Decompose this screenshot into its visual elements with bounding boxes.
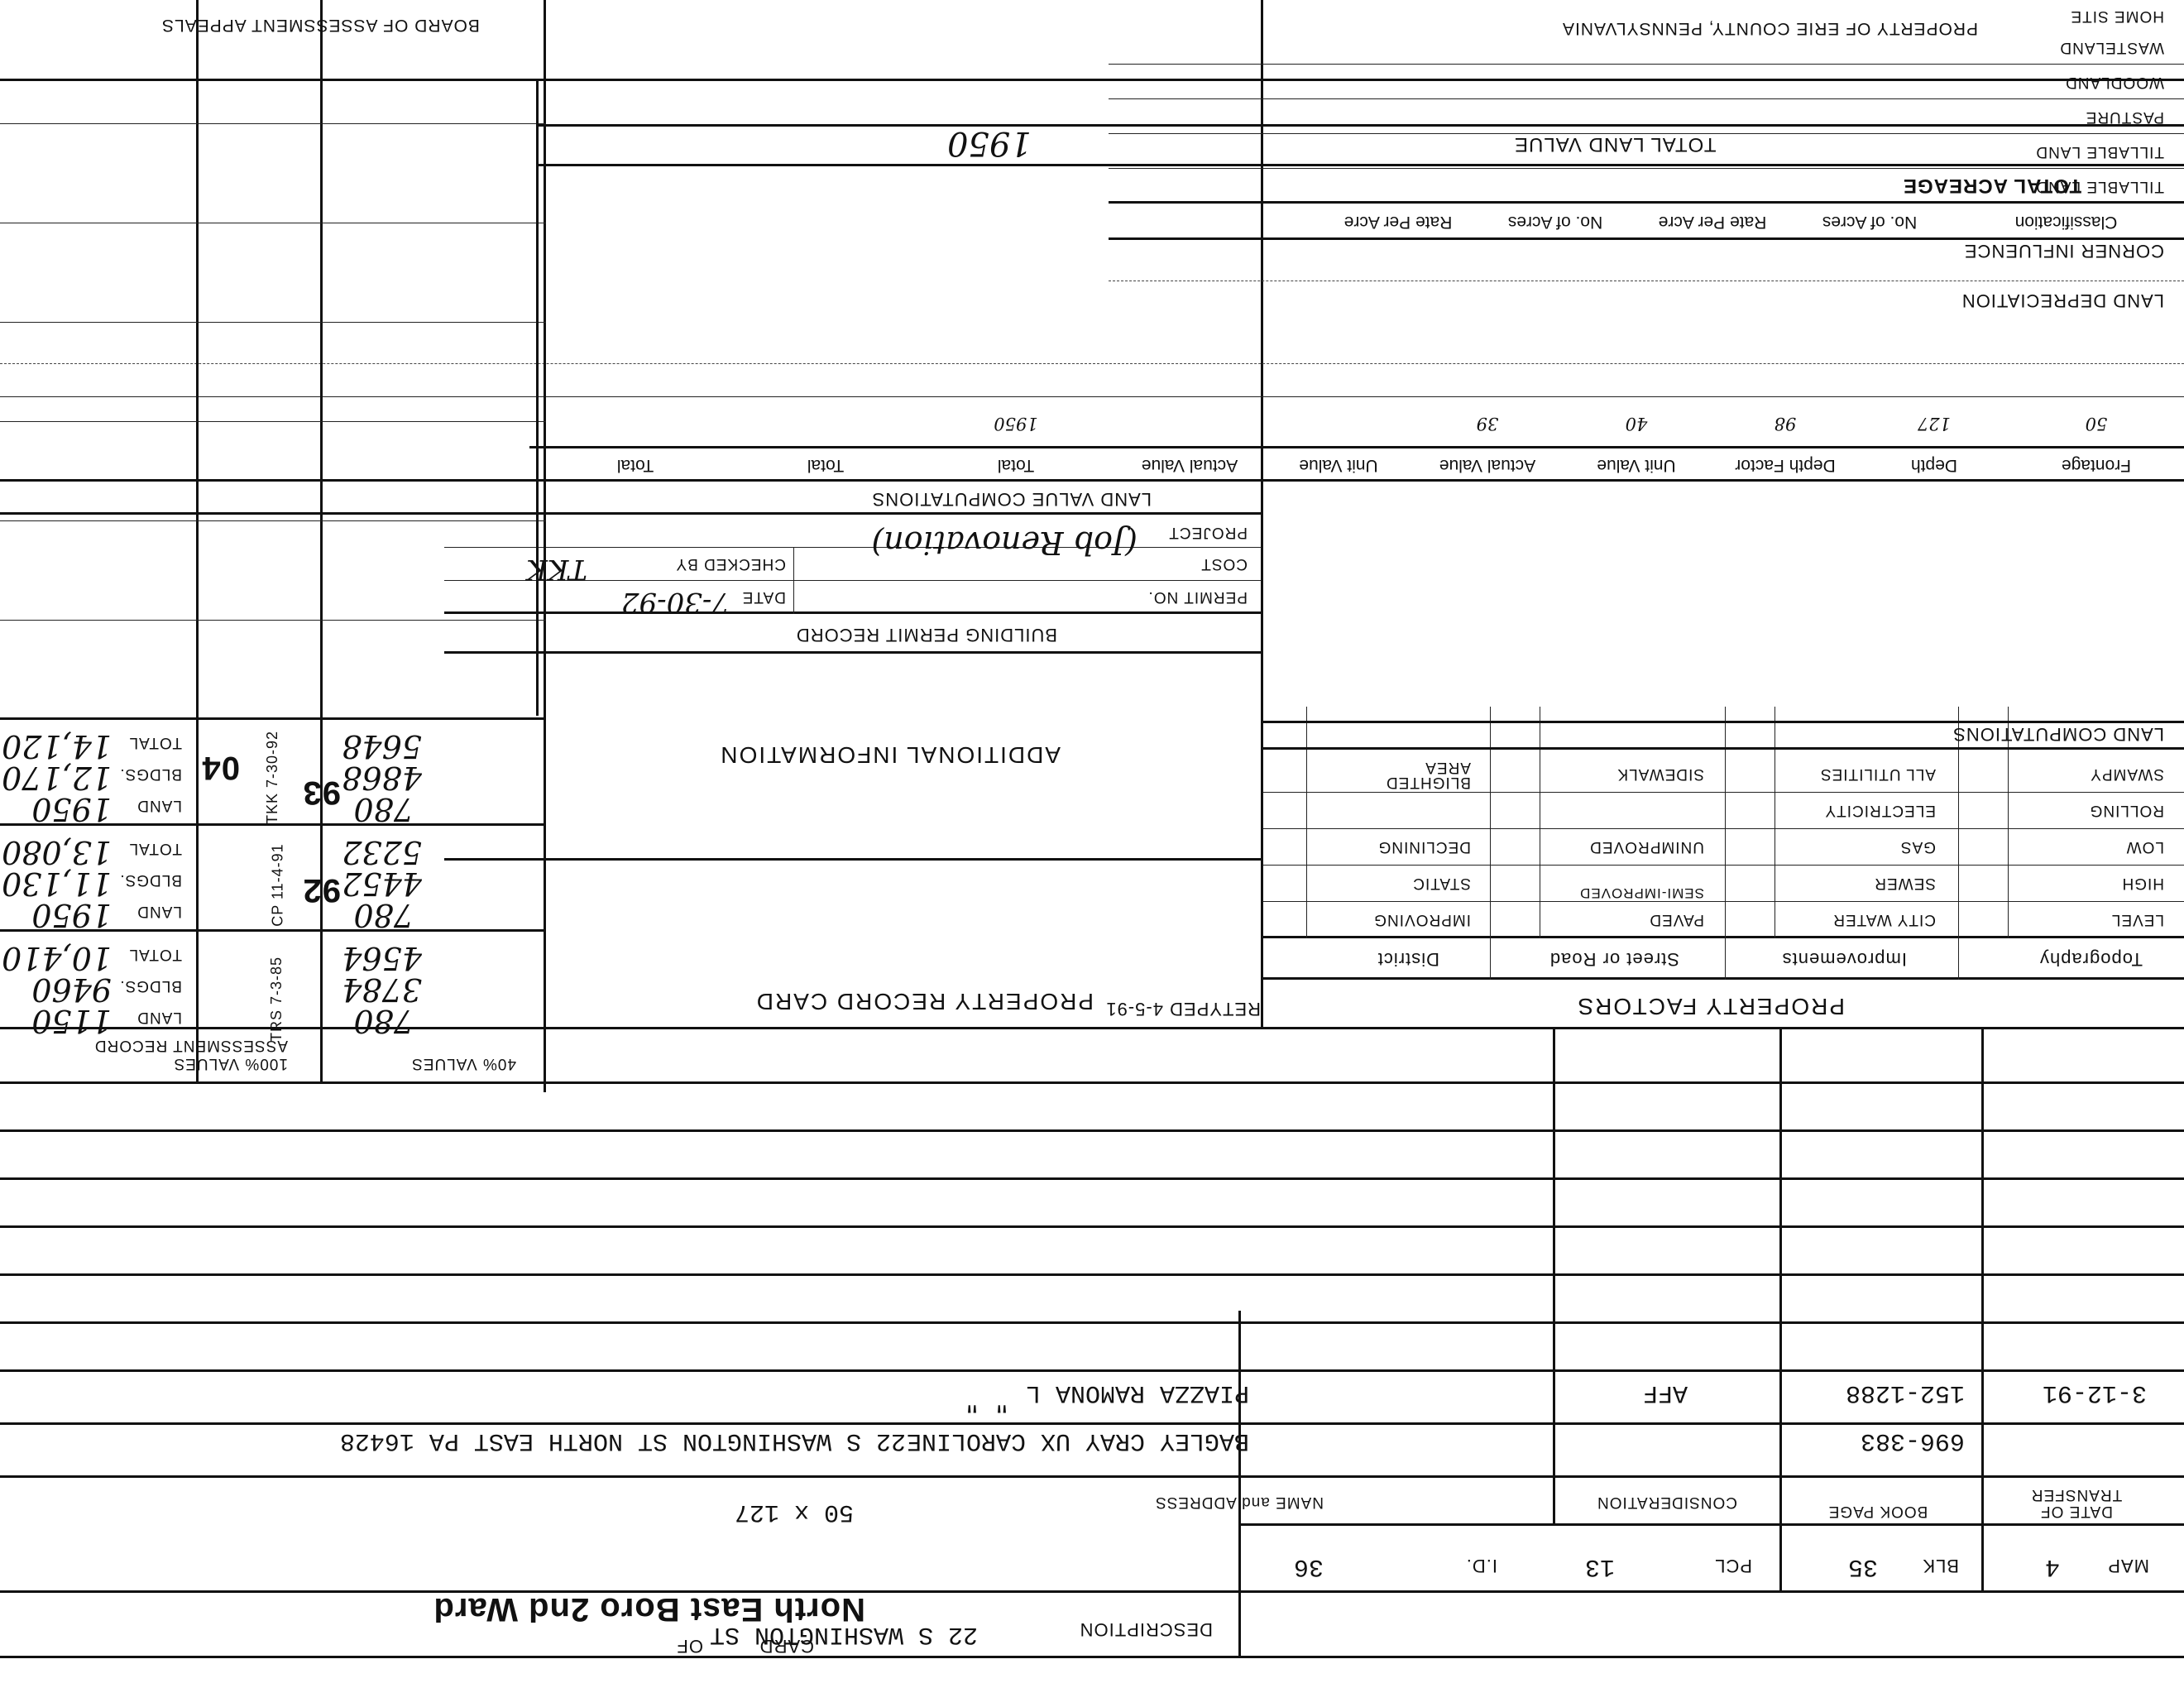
divider (1263, 747, 2184, 750)
dimensions: 50 x 127 (735, 1498, 854, 1526)
factor-sidewalk: SIDEWALK (1617, 765, 1705, 783)
divider (1263, 901, 2184, 902)
divider (1553, 1029, 1555, 1478)
divider (0, 1656, 2184, 1658)
factor-improving: IMPROVING (1373, 910, 1471, 928)
permit-date-label: DATE (742, 587, 786, 606)
book-page: 152-1288 (1846, 1379, 1965, 1407)
divider (1540, 707, 1540, 938)
total-land-value-label-visible: TOTAL LAND VALUE (1514, 132, 1717, 156)
divider (1263, 792, 2184, 793)
land-100: 1950 (31, 791, 112, 827)
permit-no-label: PERMIT NO. (1148, 587, 1248, 606)
entry-year-stamp: 92 (303, 871, 342, 909)
factor-electricity: ELECTRICITY (1824, 801, 1936, 819)
divider (444, 547, 1263, 548)
factor-low: LOW (2126, 837, 2164, 856)
factor-static: STATIC (1412, 874, 1471, 892)
row-label-land: LAND (136, 796, 182, 814)
divider (1241, 1523, 2184, 1526)
depth-factor-header: Depth Factor (1711, 448, 1860, 482)
total-acreage-visible: TOTAL ACREAGE (1903, 174, 2081, 197)
divider (0, 512, 1263, 515)
row-label-land: LAND (136, 1008, 182, 1026)
divider (536, 79, 539, 716)
owner-name: BAGLEY CRAY UX CAROLINE (907, 1427, 1249, 1455)
divider (1109, 201, 2184, 204)
total-100: 14,120 (2, 728, 112, 765)
divider (1109, 281, 2184, 281)
depth-value: 127 (1860, 399, 2009, 448)
divider (0, 1590, 2184, 1593)
entry-year-stamp: 93 (303, 774, 342, 811)
owner-address-ditto: " " (965, 1387, 1009, 1415)
divider (1306, 707, 1307, 938)
factor-unimproved: UNIMPROVED (1589, 837, 1704, 856)
hundred-pct-header: 100% VALUES (174, 1054, 288, 1072)
owner-name: PIAZZA RAMONA L (1026, 1379, 1249, 1407)
divider (0, 620, 546, 621)
factor-gas: GAS (1900, 837, 1936, 856)
factor-blighted-area: BLIGHTED AREA (1363, 760, 1471, 789)
total-40: 5232 (342, 834, 422, 870)
entry-note: TRS 7-3-85 (268, 957, 285, 1042)
acreage-row: WASTELAND (2059, 38, 2164, 56)
divider (444, 858, 1263, 861)
blk-value: 35 (1848, 1552, 1878, 1580)
book-page-header: BOOK PAGE (1795, 1503, 1961, 1519)
pcl-value: 13 (1585, 1552, 1615, 1580)
project-label: PROJECT (1168, 523, 1248, 541)
cost-label: COST (1200, 554, 1248, 573)
unit-value-header: Unit Value (1562, 448, 1711, 482)
unit-value-header-2: Unit Value (1264, 448, 1413, 482)
row-label-total: TOTAL (129, 839, 182, 857)
divider (0, 1129, 2184, 1132)
divider (1774, 707, 1775, 938)
divider (1109, 64, 2184, 65)
divider (1238, 1311, 1241, 1658)
divider (0, 1369, 2184, 1372)
divider (0, 1027, 2184, 1029)
depth-header: Depth (1860, 448, 2009, 482)
divider (1109, 168, 2184, 169)
bldgs-100: 12,170 (2, 760, 112, 796)
frontage-value: 50 (2009, 399, 2184, 448)
land-100: 1950 (31, 897, 112, 933)
consideration: AFF (1643, 1379, 1688, 1407)
map-label: MAP (2107, 1555, 2149, 1576)
divider (320, 0, 323, 1084)
row-label-land: LAND (136, 902, 182, 920)
checked-by-label: CHECKED BY (675, 554, 786, 573)
row-label-bldgs: BLDGS. (119, 870, 182, 889)
total-40: 5648 (342, 728, 422, 765)
bldgs-100: 11,130 (2, 866, 112, 902)
divider (0, 1225, 2184, 1228)
book-page: 696-383 (1861, 1427, 1965, 1455)
divider (0, 322, 546, 323)
rate-header-1: Rate Per Acre (1634, 205, 1791, 238)
land-total: 1950 (917, 399, 1115, 448)
description-label: DESCRIPTION (1080, 1618, 1213, 1640)
total-header-3: Total (536, 448, 735, 482)
factor-swampy: SWAMPY (2090, 765, 2164, 783)
divider (0, 520, 546, 521)
county-caption-visible: PROPERTY OF ERIE COUNTY, PENNSYLVANIA (1562, 18, 1978, 38)
factor-paved: PAVED (1649, 910, 1704, 928)
code-stamp: 04 (202, 749, 241, 786)
acres-header-1: No. of Acres (1791, 205, 1948, 238)
property-factors-title: PROPERTY FACTORS (1576, 993, 1845, 1019)
land-value-computations-title: LAND VALUE COMPUTATIONS (872, 488, 1152, 510)
transfer-date: 3-12-91 (2043, 1379, 2147, 1407)
row-label-bldgs: BLDGS. (119, 976, 182, 995)
acreage-row: HOME SITE (2070, 7, 2164, 25)
id-label: I.D. (1466, 1555, 1497, 1576)
acres-header-2: No. of Acres (1477, 205, 1634, 238)
divider (0, 1321, 2184, 1324)
bldgs-40: 4452 (342, 866, 422, 902)
divider (1263, 865, 2184, 866)
rate-header-2: Rate Per Acre (1319, 205, 1477, 238)
divider (1263, 936, 2184, 938)
owner-address: 22 S WASHINGTON ST NORTH EAST PA 16428 (340, 1427, 906, 1455)
divider (1263, 977, 2184, 980)
factor-all-utilities: ALL UTILITIES (1820, 765, 1936, 783)
divider (0, 1273, 2184, 1276)
depth-factor-value: 98 (1711, 399, 1860, 448)
total-40: 4564 (342, 940, 422, 976)
pcl-label: PCL (1714, 1555, 1752, 1576)
actual-value-header-2: Actual Value (1115, 448, 1264, 482)
divider (196, 0, 199, 1084)
land-100: 1150 (31, 1003, 112, 1039)
unit-value: 40 (1562, 399, 1711, 448)
classification-header: Classification (1948, 205, 2184, 238)
divider (0, 1081, 546, 1084)
divider (0, 717, 546, 720)
divider (793, 548, 794, 614)
blk-label: BLK (1922, 1555, 1959, 1576)
acreage-row: WOODLAND (2065, 73, 2164, 91)
bldgs-40: 4868 (342, 760, 422, 796)
retyped-note: RETYPED 4-5-91 (1105, 998, 1261, 1019)
name-address-header: NAME and ADDRESS (1155, 1493, 1324, 1511)
row-label-total: TOTAL (129, 945, 182, 963)
building-permit-title: BUILDING PERMIT RECORD (796, 624, 1057, 645)
total-header-1: Total (917, 448, 1115, 482)
factor-high: HIGH (2122, 874, 2165, 892)
entry-note: CP 11-4-91 (269, 843, 286, 926)
frontage-header: Frontage (2009, 448, 2184, 482)
total-land-value-visible: 1950 (947, 124, 1032, 162)
description-value: 22 S WASHINGTON ST (710, 1620, 978, 1648)
divider (0, 223, 546, 223)
district-header: District (1377, 948, 1439, 970)
assessment-record-title: ASSESSMENT RECORD (94, 1036, 288, 1054)
property-record-card: North East Boro 2nd Ward CARD OF DESCRIP… (0, 0, 2184, 1688)
divider (444, 611, 1263, 614)
land-depreciation-label: LAND DEPRECIATION (1961, 290, 2164, 311)
entry-note: TKK 7-30-92 (264, 731, 281, 824)
factor-sewer: SEWER (1874, 874, 1936, 892)
land-40: 780 (353, 791, 414, 827)
actual-value: 39 (1413, 399, 1562, 448)
divider (444, 651, 1263, 654)
corner-influence-label: CORNER INFLUENCE (1964, 240, 2164, 261)
project-value: (Job Renovation) (871, 525, 1137, 561)
divider (0, 1422, 2184, 1425)
divider (0, 421, 546, 422)
divider (0, 363, 2184, 364)
factor-semi-improved: SEMI-IMPROVED (1539, 885, 1704, 900)
divider (1263, 828, 2184, 829)
total-header-2: Total (735, 448, 917, 482)
row-label-bldgs: BLDGS. (119, 765, 182, 783)
land-40: 780 (353, 897, 414, 933)
board-caption-visible: BOARD OF ASSESSMENT APPEALS (161, 15, 480, 35)
permit-date-value: 7-30-92 (621, 586, 730, 619)
bldgs-100: 9460 (31, 971, 112, 1008)
street-road-header: Street or Road (1549, 948, 1679, 970)
divider (536, 124, 2184, 127)
topography-header: Topography (2039, 948, 2143, 970)
consideration-header: CONSIDERATION (1564, 1493, 1770, 1511)
map-value: 4 (2045, 1552, 2060, 1580)
land-computations-title: LAND COMPUTATIONS (1952, 723, 2164, 745)
bldgs-40: 3784 (342, 971, 422, 1008)
factor-declining: DECLINING (1378, 837, 1471, 856)
additional-information-title: ADDITIONAL INFORMATION (719, 741, 1061, 768)
divider (1779, 1029, 1782, 1478)
actual-value-header: Actual Value (1413, 448, 1562, 482)
date-of-transfer-header: DATE OF TRANSFER (1994, 1486, 2159, 1519)
divider (1261, 0, 1263, 723)
of-label: OF (676, 1635, 703, 1657)
factor-rolling: ROLLING (2090, 801, 2164, 819)
divider (1263, 721, 2184, 723)
land-40: 780 (353, 1003, 414, 1039)
divider (0, 396, 2184, 397)
divider (0, 1475, 2184, 1478)
forty-pct-header: 40% VALUES (411, 1054, 516, 1072)
total-100: 13,080 (2, 834, 112, 870)
improvements-header: Improvements (1782, 948, 1907, 970)
divider (1109, 98, 2184, 99)
total-100: 10,410 (2, 940, 112, 976)
divider (1981, 1029, 1984, 1478)
divider (0, 79, 2184, 81)
property-record-card-title: PROPERTY RECORD CARD (755, 988, 1094, 1014)
factor-city-water: CITY WATER (1832, 910, 1936, 928)
divider (0, 123, 546, 124)
row-label-total: TOTAL (129, 733, 182, 751)
id-value: 36 (1294, 1552, 1324, 1580)
divider (536, 164, 2184, 166)
factor-level: LEVEL (2111, 910, 2164, 928)
acreage-row: PASTURE (2086, 108, 2164, 126)
divider (0, 1177, 2184, 1180)
